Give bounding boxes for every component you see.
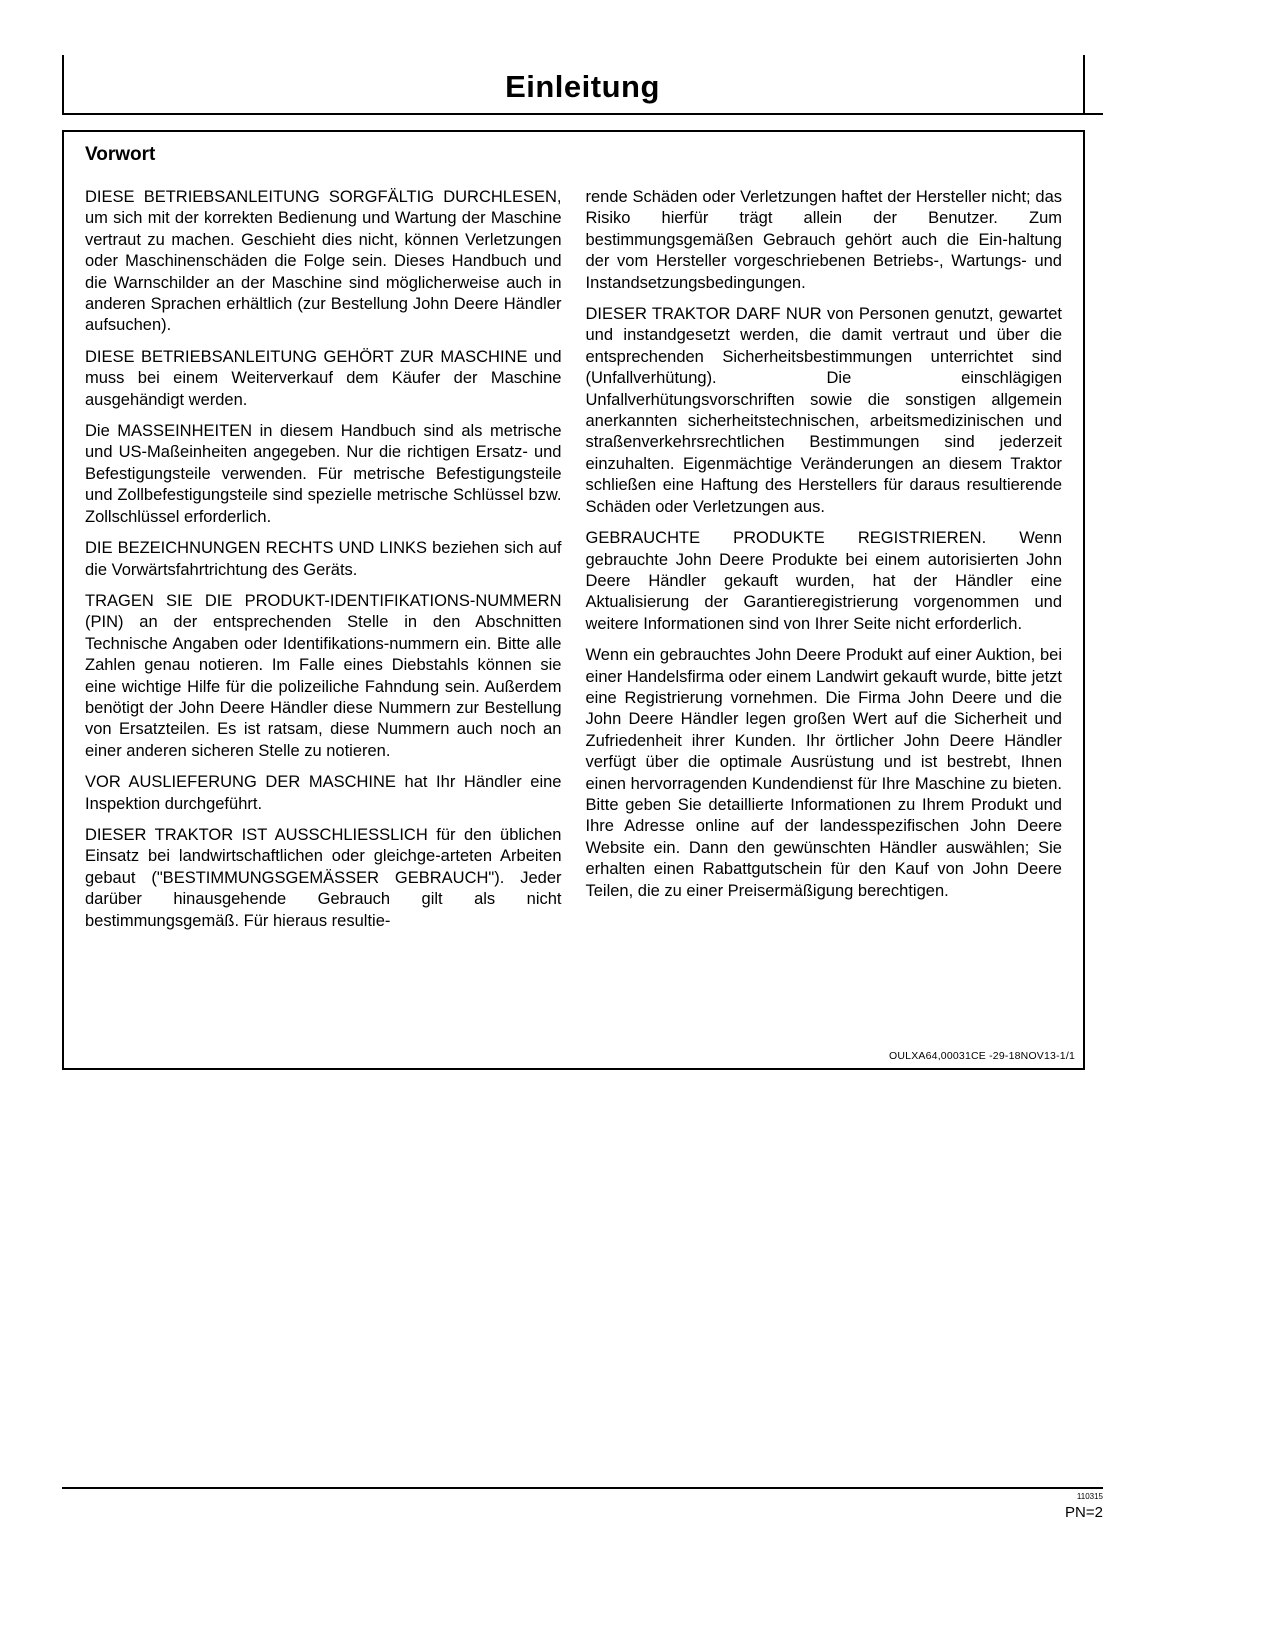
page-number: PN=2 [1065, 1504, 1103, 1521]
paragraph: TRAGEN SIE DIE PRODUKT-IDENTIFIKATIONS-N… [85, 591, 562, 762]
paragraph: DIE BEZEICHNUNGEN RECHTS UND LINKS bezie… [85, 538, 562, 581]
paragraph: DIESER TRAKTOR IST AUSSCHLIESSLICH für d… [85, 825, 562, 932]
paragraph: GEBRAUCHTE PRODUKTE REGISTRIEREN. Wenn g… [586, 528, 1063, 635]
manual-page: Einleitung Vorwort DIESE BETRIEBSANLEITU… [0, 0, 1275, 1650]
footer-small-number: 110315 [1077, 1492, 1103, 1501]
right-column: rende Schäden oder Verletzungen haftet d… [586, 187, 1063, 942]
page-title: Einleitung [62, 69, 1103, 105]
section-heading: Vorwort [85, 144, 155, 166]
left-column: DIESE BETRIEBSANLEITUNG SORGFÄLTIG DURCH… [85, 187, 562, 942]
page-header: Einleitung [62, 55, 1103, 115]
footer-rule [62, 1487, 1103, 1489]
paragraph: DIESE BETRIEBSANLEITUNG SORGFÄLTIG DURCH… [85, 187, 562, 337]
two-column-text: DIESE BETRIEBSANLEITUNG SORGFÄLTIG DURCH… [85, 187, 1062, 942]
paragraph: Wenn ein gebrauchtes John Deere Produkt … [586, 645, 1063, 902]
paragraph: rende Schäden oder Verletzungen haftet d… [586, 187, 1063, 294]
paragraph: VOR AUSLIEFERUNG DER MASCHINE hat Ihr Hä… [85, 772, 562, 815]
paragraph: Die MASSEINHEITEN in diesem Handbuch sin… [85, 421, 562, 528]
reference-code: OULXA64,00031CE -29-18NOV13-1/1 [889, 1050, 1075, 1062]
paragraph: DIESE BETRIEBSANLEITUNG GEHÖRT ZUR MASCH… [85, 347, 562, 411]
vorwort-section: Vorwort DIESE BETRIEBSANLEITUNG SORGFÄLT… [62, 130, 1085, 1070]
paragraph: DIESER TRAKTOR DARF NUR von Personen gen… [586, 304, 1063, 518]
